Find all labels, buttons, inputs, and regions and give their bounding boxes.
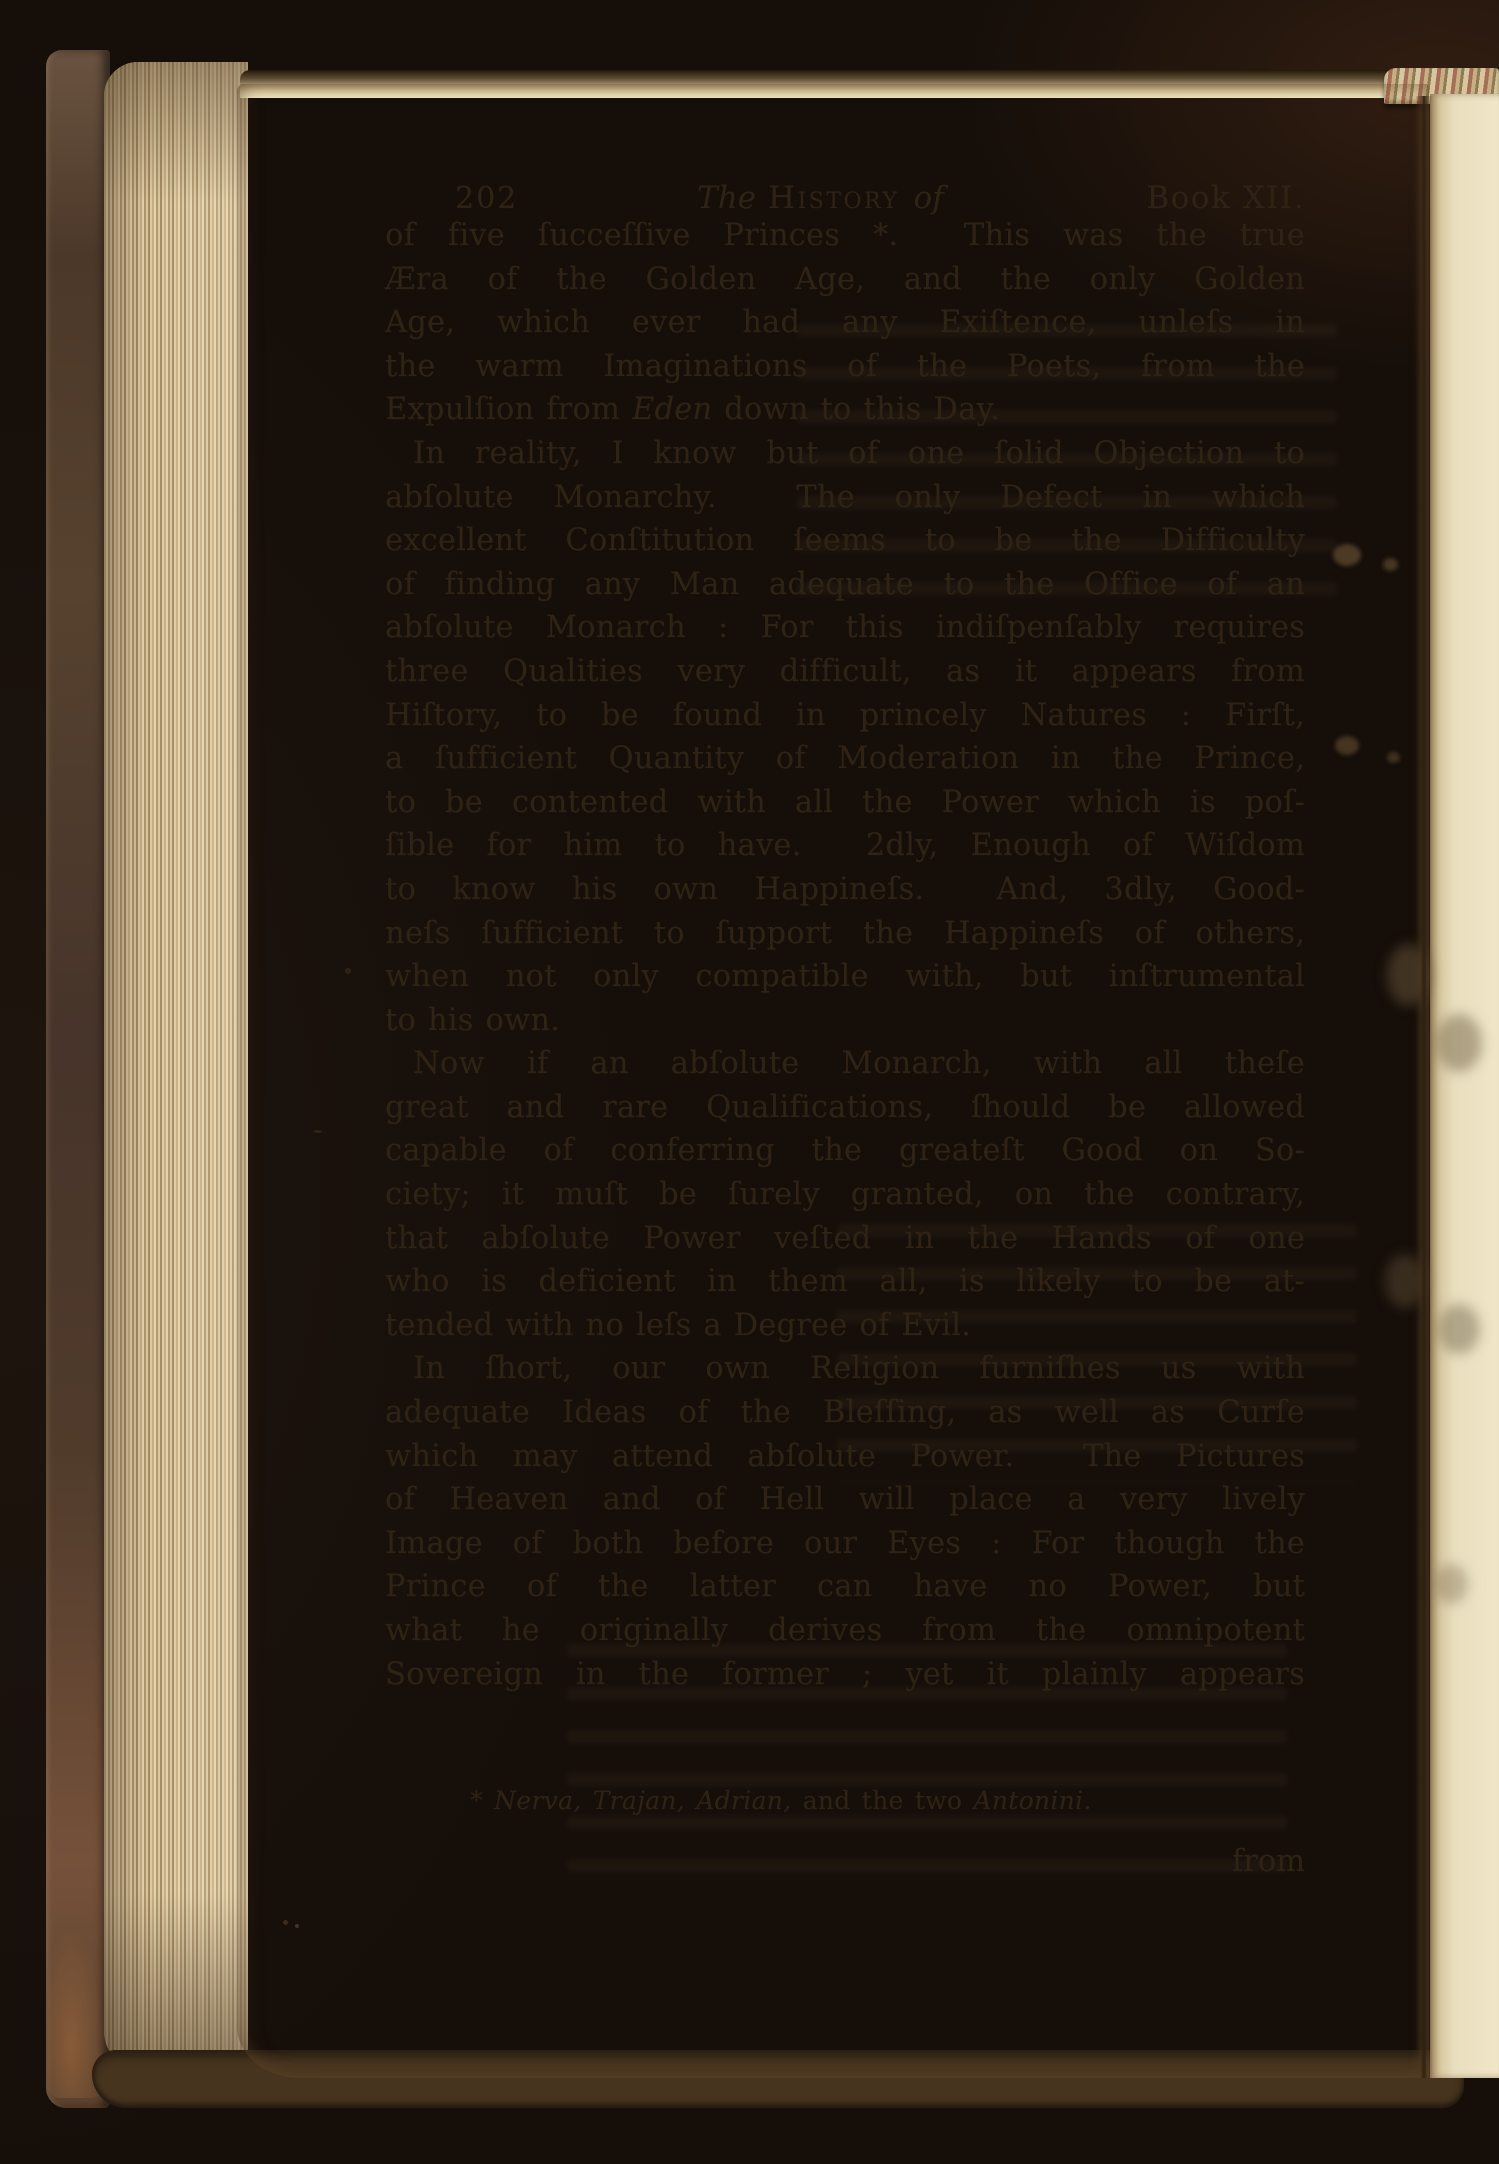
- text-segment: which may attend abſolute Power. The Pic…: [385, 1439, 1305, 1474]
- text-line: excellent Conſtitution ſeems to be the D…: [385, 519, 1305, 563]
- text-segment: Now if an abſolute Monarch, with all the…: [413, 1046, 1305, 1081]
- fox-spot: [1383, 558, 1398, 571]
- text-segment: who is deficient in them all, is likely …: [385, 1264, 1305, 1299]
- text-line: the warm Imaginations of the Poets, from…: [385, 345, 1305, 389]
- text-line: who is deficient in them all, is likely …: [385, 1260, 1305, 1304]
- ink-speck: [283, 1920, 288, 1925]
- text-line: abſolute Monarchy. The only Defect in wh…: [385, 476, 1305, 520]
- text-segment: ſible for him to have. 2dly, Enough of W…: [385, 828, 1305, 863]
- text-line: Expulſion from Eden down to this Day.: [385, 388, 1305, 432]
- page-number: 202: [455, 181, 518, 216]
- text-segment: tended with no leſs a Degree of Evil.: [385, 1308, 971, 1343]
- text-segment: of finding any Man adequate to the Offic…: [385, 567, 1305, 602]
- text-segment: ciety; it muſt be ſurely granted, on the…: [385, 1177, 1305, 1212]
- italic-text: Antonini.: [973, 1786, 1091, 1815]
- paragraph: Now if an abſolute Monarch, with all the…: [385, 1042, 1305, 1347]
- text-segment: Hiſtory, to be found in princely Natures…: [385, 698, 1305, 733]
- ink-speck: [313, 1130, 322, 1133]
- text-segment: excellent Conſtitution ſeems to be the D…: [385, 523, 1305, 558]
- text-line: capable of conferring the greateſt Good …: [385, 1129, 1305, 1173]
- text-segment: the warm Imaginations of the Poets, from…: [385, 349, 1305, 384]
- paragraph: of five ſucceſſive Princes *. This was t…: [385, 214, 1305, 432]
- footnote-line: * Nerva, Trajan, Adrian, and the two Ant…: [470, 1786, 1310, 1815]
- running-title-of: of: [913, 180, 943, 216]
- text-segment: a ſufficient Quantity of Moderation in t…: [385, 741, 1305, 776]
- paragraph: In reality, I know but of one ſolid Obje…: [385, 432, 1305, 1042]
- text-segment: Image of both before our Eyes : For thou…: [385, 1526, 1305, 1561]
- body-text: of five ſucceſſive Princes *. This was t…: [385, 214, 1305, 1696]
- text-line: to be contented with all the Power which…: [385, 781, 1305, 825]
- text-segment: In ſhort, our own Religion furniſhes us …: [413, 1351, 1305, 1386]
- text-line: Hiſtory, to be found in princely Natures…: [385, 694, 1305, 738]
- text-line: In reality, I know but of one ſolid Obje…: [385, 432, 1305, 476]
- text-line: Age, which ever had any Exiſtence, unleſ…: [385, 301, 1305, 345]
- text-line: Prince of the latter can have no Power, …: [385, 1565, 1305, 1609]
- fox-spot: [1335, 736, 1359, 755]
- text-line: that abſolute Power veſted in the Hands …: [385, 1217, 1305, 1261]
- text-segment: to his own.: [385, 1003, 560, 1038]
- text-segment: of five ſucceſſive Princes *. This was t…: [385, 218, 1305, 253]
- fanned-page-edges: [104, 62, 248, 2074]
- stain: [1438, 1304, 1480, 1354]
- book-number-label: Book XII.: [1146, 180, 1305, 216]
- text-segment: neſs ſufficient to ſupport the Happineſs…: [385, 916, 1305, 951]
- text-line: of Heaven and of Hell will place a very …: [385, 1478, 1305, 1522]
- text-line: abſolute Monarch : For this indiſpenſabl…: [385, 606, 1305, 650]
- text-segment: Prince of the latter can have no Power, …: [385, 1569, 1305, 1604]
- gutter-crease: [1415, 96, 1433, 2078]
- text-line: a ſufficient Quantity of Moderation in t…: [385, 737, 1305, 781]
- text-segment: Sovereign in the former ; yet it plainly…: [385, 1657, 1305, 1692]
- text-line: when not only compatible with, but inſtr…: [385, 955, 1305, 999]
- stain: [1436, 1014, 1482, 1072]
- text-segment: when not only compatible with, but inſtr…: [385, 959, 1305, 994]
- text-segment: to be contented with all the Power which…: [385, 785, 1305, 820]
- fox-spot: [1333, 544, 1361, 566]
- text-line: ſible for him to have. 2dly, Enough of W…: [385, 824, 1305, 868]
- italic-text: Nerva, Trajan, Adrian,: [494, 1786, 791, 1815]
- text-segment: capable of conferring the greateſt Good …: [385, 1133, 1305, 1168]
- paragraph: In ſhort, our own Religion furniſhes us …: [385, 1347, 1305, 1696]
- catchword: from: [385, 1844, 1305, 1879]
- text-segment: Age, which ever had any Exiſtence, unleſ…: [385, 305, 1305, 340]
- text-line: great and rare Qualifications, ſhould be…: [385, 1086, 1305, 1130]
- book-cover-left-edge: [46, 50, 110, 2108]
- text-line: of finding any Man adequate to the Offic…: [385, 563, 1305, 607]
- text-segment: three Qualities very difficult, as it ap…: [385, 654, 1305, 689]
- text-line: of five ſucceſſive Princes *. This was t…: [385, 214, 1305, 258]
- text-segment: adequate Ideas of the Bleſſing, as well …: [385, 1395, 1305, 1430]
- text-line: to his own.: [385, 999, 1305, 1043]
- text-line: which may attend abſolute Power. The Pic…: [385, 1435, 1305, 1479]
- text-line: three Qualities very difficult, as it ap…: [385, 650, 1305, 694]
- fox-spot: [1387, 752, 1400, 763]
- ink-speck: [295, 1924, 299, 1928]
- text-segment: In reality, I know but of one ſolid Obje…: [413, 436, 1305, 471]
- running-title-the: The: [697, 180, 756, 216]
- text-line: to know his own Happineſs. And, 3dly, Go…: [385, 868, 1305, 912]
- text-segment: abſolute Monarchy. The only Defect in wh…: [385, 480, 1305, 515]
- page-edges-shading: [104, 62, 248, 2074]
- photo-of-book-page: 202 TheHistoryof Book XII. of five ſucce…: [0, 0, 1499, 2164]
- book-page: 202 TheHistoryof Book XII. of five ſucce…: [237, 84, 1429, 2078]
- text-line: what he originally derives from the omni…: [385, 1609, 1305, 1653]
- italic-text: Eden: [632, 392, 712, 427]
- text-segment: what he originally derives from the omni…: [385, 1613, 1305, 1648]
- page-header: 202 TheHistoryof Book XII.: [385, 180, 1305, 216]
- text-segment: *: [470, 1786, 494, 1815]
- text-line: tended with no leſs a Degree of Evil.: [385, 1304, 1305, 1348]
- text-line: Sovereign in the former ; yet it plainly…: [385, 1653, 1305, 1697]
- text-segment: Æra of the Golden Age, and the only Gold…: [385, 262, 1305, 297]
- text-line: Now if an abſolute Monarch, with all the…: [385, 1042, 1305, 1086]
- text-line: adequate Ideas of the Bleſſing, as well …: [385, 1391, 1305, 1435]
- facing-page-sliver: [1430, 94, 1499, 2078]
- text-segment: to know his own Happineſs. And, 3dly, Go…: [385, 872, 1305, 907]
- text-segment: and the two: [791, 1786, 973, 1815]
- text-segment: that abſolute Power veſted in the Hands …: [385, 1221, 1305, 1256]
- text-line: Æra of the Golden Age, and the only Gold…: [385, 258, 1305, 302]
- text-line: ciety; it muſt be ſurely granted, on the…: [385, 1173, 1305, 1217]
- text-line: neſs ſufficient to ſupport the Happineſs…: [385, 912, 1305, 956]
- text-segment: abſolute Monarch : For this indiſpenſabl…: [385, 610, 1305, 645]
- text-line: In ſhort, our own Religion furniſhes us …: [385, 1347, 1305, 1391]
- text-segment: great and rare Qualifications, ſhould be…: [385, 1090, 1305, 1125]
- text-segment: of Heaven and of Hell will place a very …: [385, 1482, 1305, 1517]
- ink-speck: [345, 968, 351, 974]
- text-line: Image of both before our Eyes : For thou…: [385, 1522, 1305, 1566]
- text-segment: down to this Day.: [712, 392, 999, 427]
- text-segment: Expulſion from: [385, 392, 632, 427]
- running-title: TheHistoryof: [697, 180, 944, 216]
- stain: [1434, 1564, 1468, 1604]
- running-title-history: History: [768, 180, 899, 216]
